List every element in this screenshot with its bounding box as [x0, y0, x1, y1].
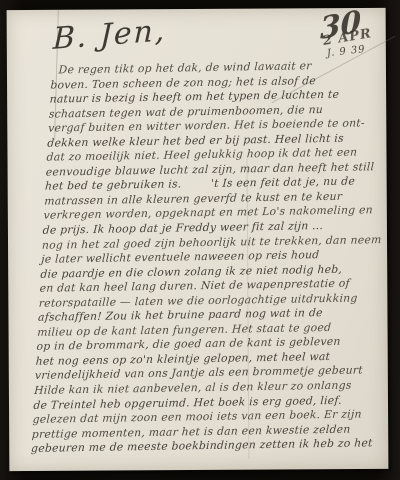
letter-paper: 30 2 APR J. 9 39 B. Jen, De regen tikt o… — [7, 8, 389, 471]
letter-body: De regen tikt op het dak, de wind lawaai… — [31, 58, 392, 457]
letter-salutation: B. Jen, — [52, 13, 166, 57]
